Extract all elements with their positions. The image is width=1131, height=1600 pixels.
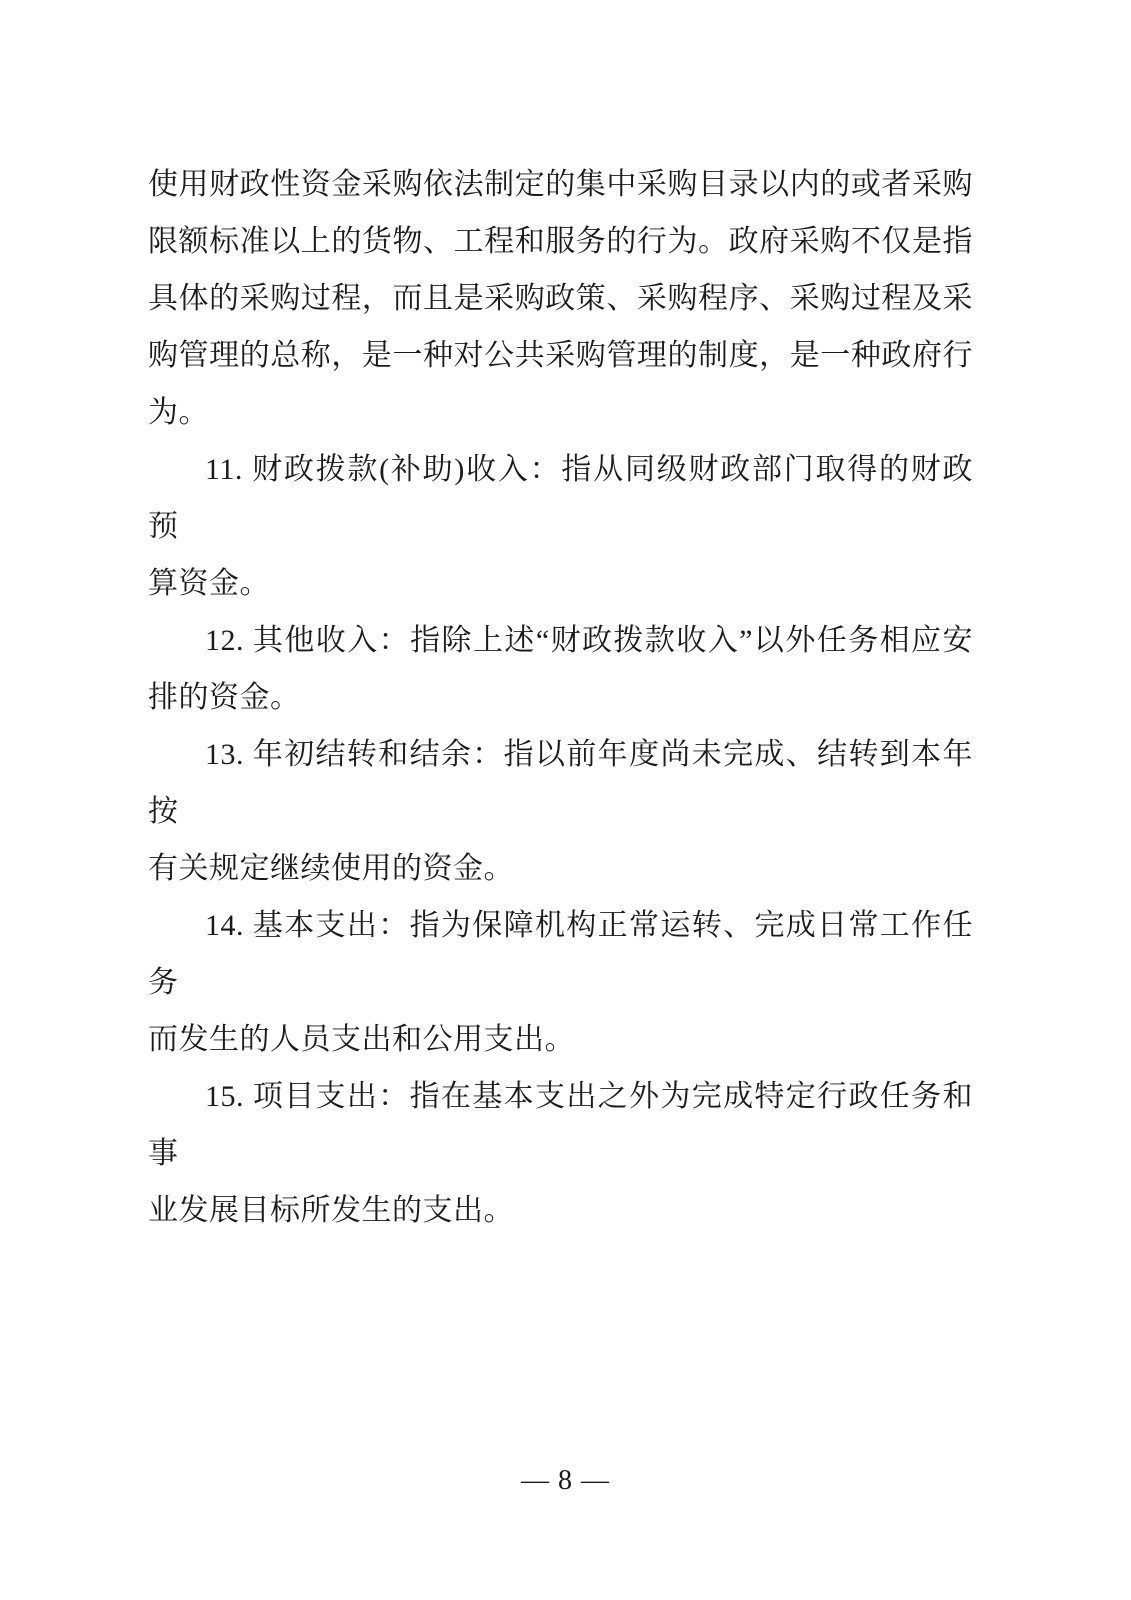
paragraph-item-12: 12. 其他收入：指除上述“财政拨款收入”以外任务相应安 排的资金。 bbox=[148, 612, 973, 726]
text-line: 12. 其他收入：指除上述“财政拨款收入”以外任务相应安 bbox=[148, 612, 973, 669]
paragraph-item-13: 13. 年初结转和结余：指以前年度尚未完成、结转到本年按 有关规定继续使用的资金… bbox=[148, 726, 973, 897]
text-line: 而发生的人员支出和公用支出。 bbox=[148, 1011, 973, 1068]
text-line: 13. 年初结转和结余：指以前年度尚未完成、结转到本年按 bbox=[148, 726, 973, 840]
page-number: — 8 — bbox=[0, 1464, 1131, 1498]
paragraph-item-11: 11. 财政拨款(补助)收入：指从同级财政部门取得的财政预 算资金。 bbox=[148, 441, 973, 612]
text-line: 业发展目标所发生的支出。 bbox=[148, 1182, 973, 1239]
document-body: 使用财政性资金采购依法制定的集中采购目录以内的或者采购 限额标准以上的货物、工程… bbox=[148, 156, 973, 1239]
text-line: 14. 基本支出：指为保障机构正常运转、完成日常工作任务 bbox=[148, 897, 973, 1011]
paragraph-item-15: 15. 项目支出：指在基本支出之外为完成特定行政任务和事 业发展目标所发生的支出… bbox=[148, 1068, 973, 1239]
text-line: 购管理的总称，是一种对公共采购管理的制度，是一种政府行 bbox=[148, 327, 973, 384]
paragraph-item-14: 14. 基本支出：指为保障机构正常运转、完成日常工作任务 而发生的人员支出和公用… bbox=[148, 897, 973, 1068]
text-line: 为。 bbox=[148, 384, 973, 441]
text-line: 具体的采购过程，而且是采购政策、采购程序、采购过程及采 bbox=[148, 270, 973, 327]
document-page: 使用财政性资金采购依法制定的集中采购目录以内的或者采购 限额标准以上的货物、工程… bbox=[0, 0, 1131, 1600]
text-line: 11. 财政拨款(补助)收入：指从同级财政部门取得的财政预 bbox=[148, 441, 973, 555]
text-line: 使用财政性资金采购依法制定的集中采购目录以内的或者采购 bbox=[148, 156, 973, 213]
paragraph-continuation: 使用财政性资金采购依法制定的集中采购目录以内的或者采购 限额标准以上的货物、工程… bbox=[148, 156, 973, 441]
text-line: 限额标准以上的货物、工程和服务的行为。政府采购不仅是指 bbox=[148, 213, 973, 270]
text-line: 有关规定继续使用的资金。 bbox=[148, 840, 973, 897]
text-line: 算资金。 bbox=[148, 555, 973, 612]
text-line: 15. 项目支出：指在基本支出之外为完成特定行政任务和事 bbox=[148, 1068, 973, 1182]
text-line: 排的资金。 bbox=[148, 669, 973, 726]
